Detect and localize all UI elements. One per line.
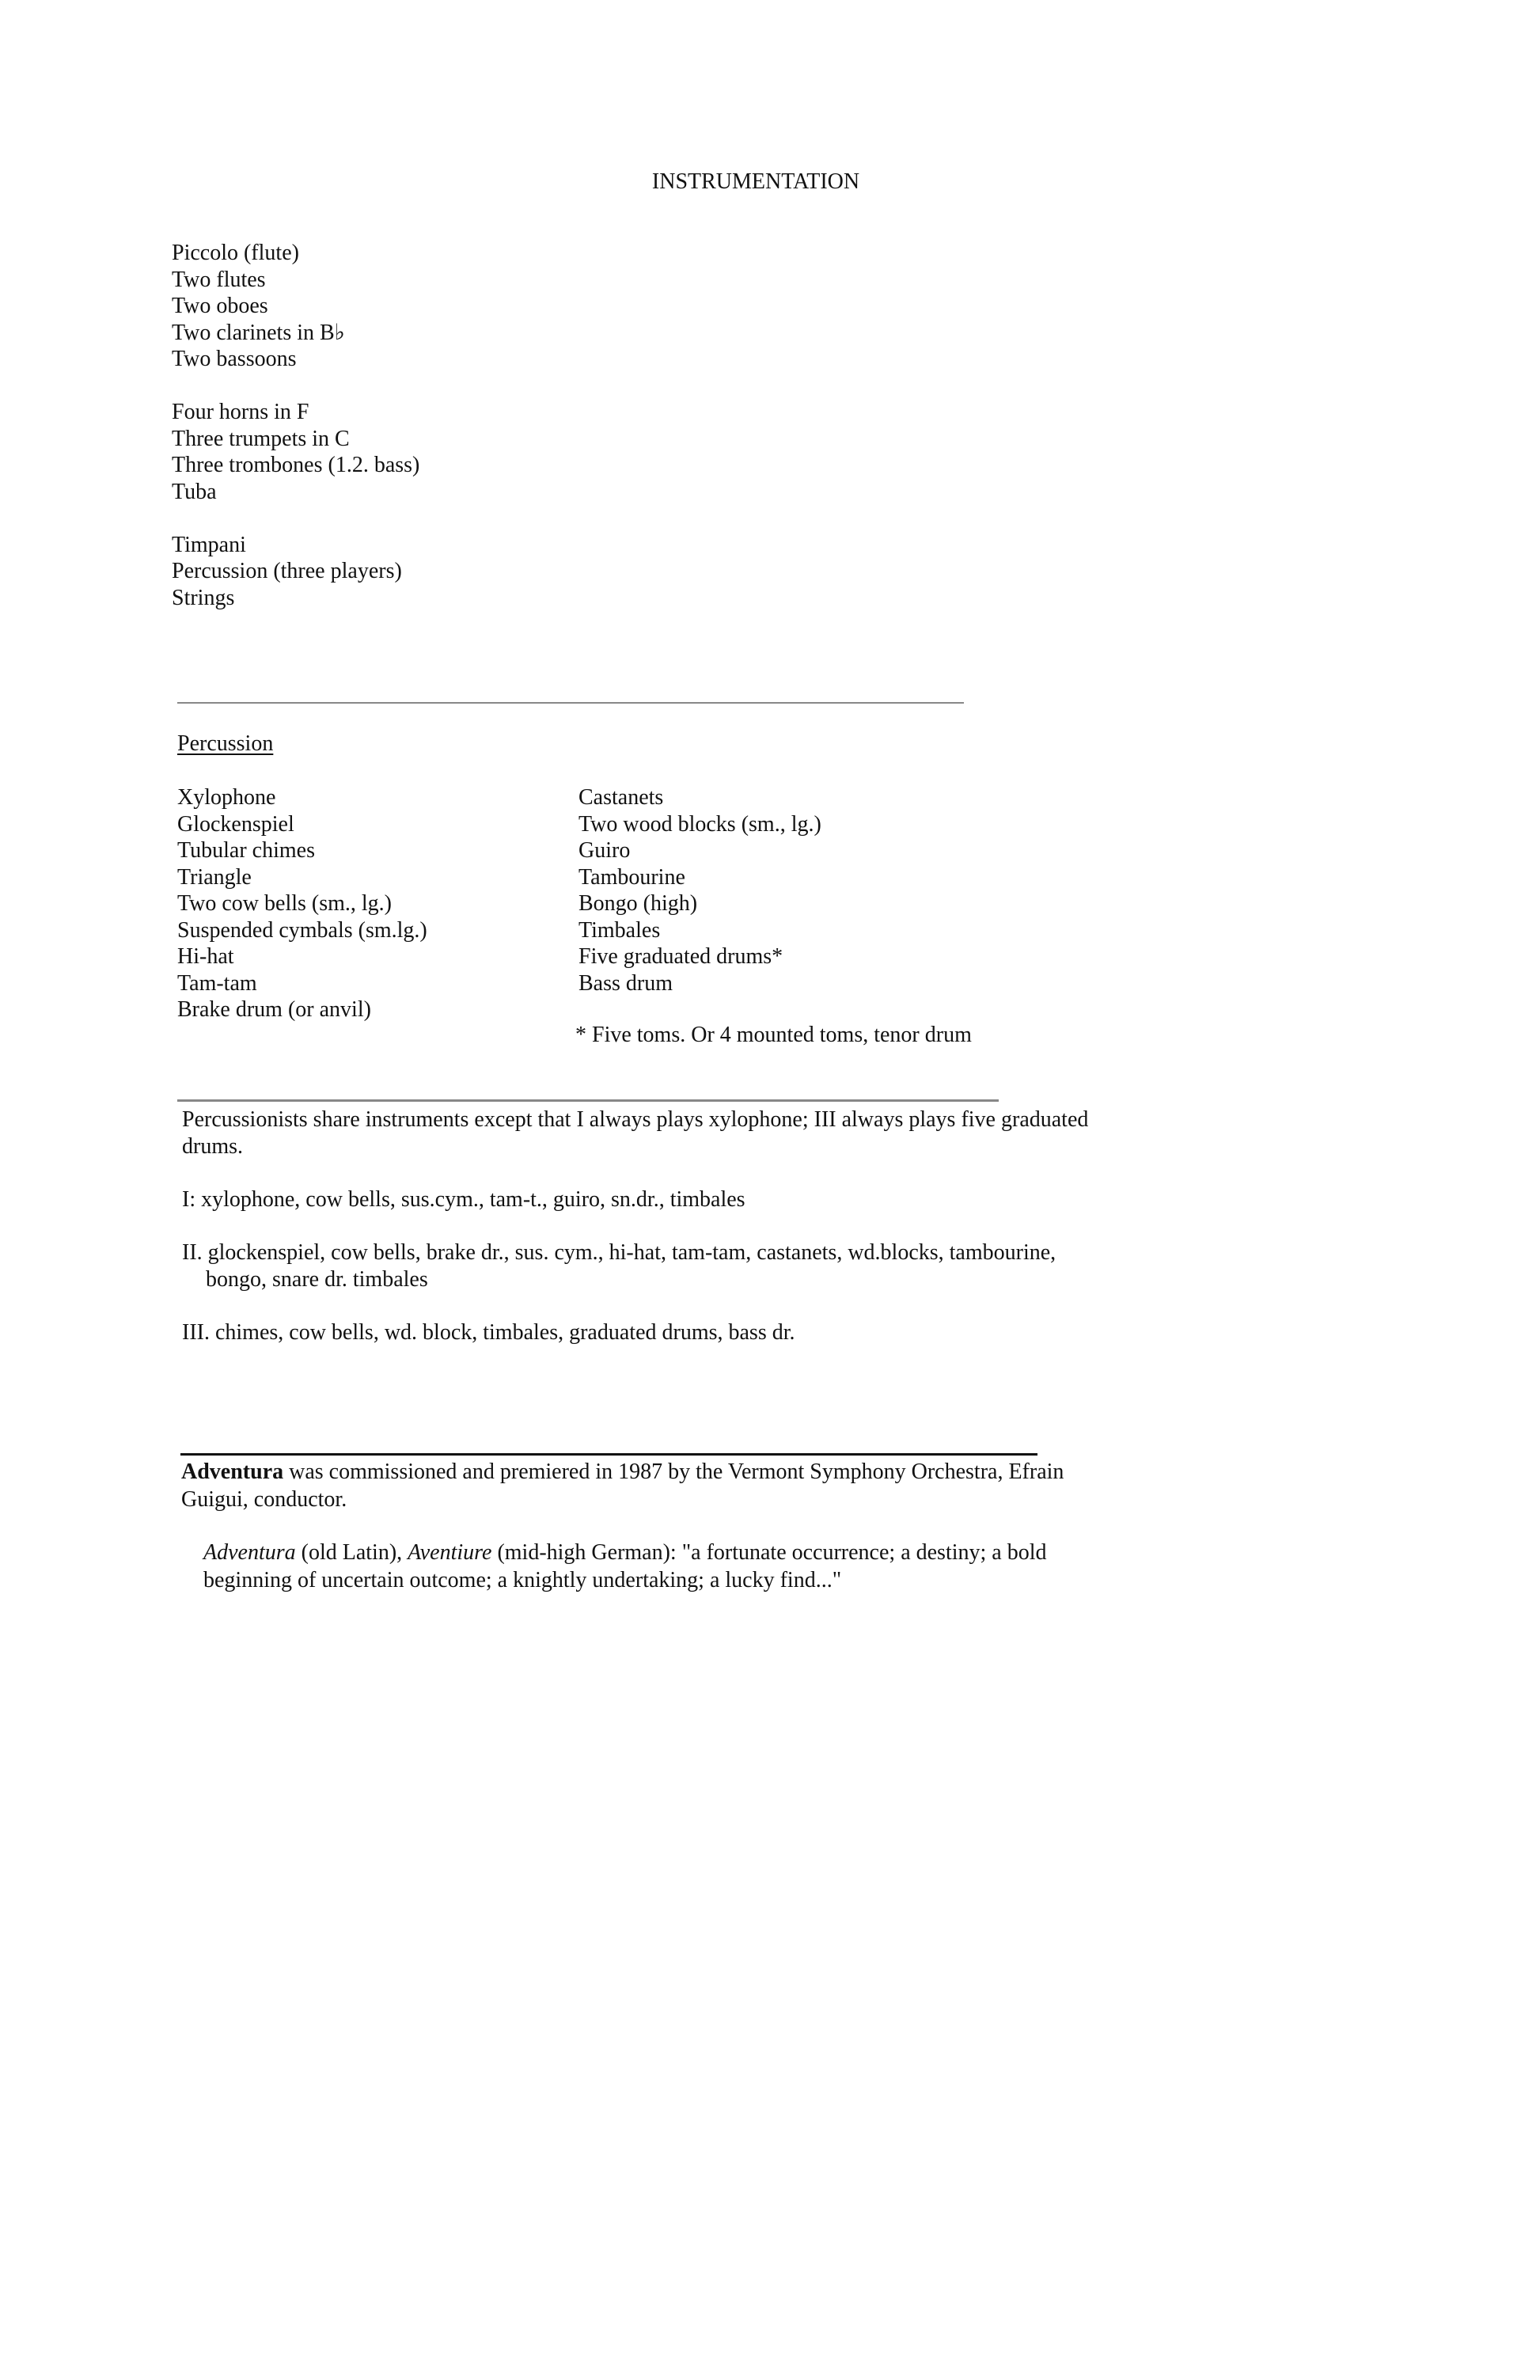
- instrument-item: Timpani: [172, 532, 419, 559]
- instrument-item: Percussion (three players): [172, 558, 419, 585]
- percussion-item: Two wood blocks (sm., lg.): [578, 811, 821, 838]
- spacer: [172, 373, 419, 400]
- percussion-item: Glockenspiel: [177, 811, 427, 838]
- percussion-item: Five graduated drums*: [578, 943, 821, 970]
- instrument-item: Four horns in F: [172, 399, 419, 426]
- player-2-assignment-line-1: II. glockenspiel, cow bells, brake dr., …: [182, 1239, 1116, 1266]
- percussion-item: Brake drum (or anvil): [177, 996, 427, 1023]
- percussion-item: Castanets: [578, 784, 821, 811]
- player-assignments: Percussionists share instruments except …: [182, 1106, 1116, 1346]
- term-latin: Adventura: [203, 1540, 296, 1565]
- percussion-column-2: CastanetsTwo wood blocks (sm., lg.)Guiro…: [578, 784, 821, 996]
- instrument-item: Two bassoons: [172, 346, 419, 373]
- percussion-heading: Percussion: [177, 731, 273, 757]
- percussion-column-1: XylophoneGlockenspielTubular chimesTrian…: [177, 784, 427, 1023]
- instrument-item: Two oboes: [172, 293, 419, 320]
- work-title: Adventura: [181, 1460, 283, 1484]
- percussion-footnote: * Five toms. Or 4 mounted toms, tenor dr…: [575, 1023, 972, 1048]
- spacer: [172, 505, 419, 532]
- divider: [177, 702, 964, 704]
- divider: [180, 1453, 1037, 1456]
- percussion-item: Two cow bells (sm., lg.): [177, 890, 427, 917]
- other-group: TimpaniPercussion (three players)Strings: [172, 532, 419, 612]
- instrument-item: Two flutes: [172, 267, 419, 294]
- percussion-item: Bongo (high): [578, 890, 821, 917]
- player-1-assignment: I: xylophone, cow bells, sus.cym., tam-t…: [182, 1186, 1116, 1213]
- latin-label: (old Latin),: [296, 1540, 408, 1565]
- instrument-item: Strings: [172, 585, 419, 612]
- orchestra-list: Piccolo (flute)Two flutesTwo oboesTwo cl…: [172, 240, 419, 611]
- instrument-item: Two clarinets in B♭: [172, 320, 419, 347]
- percussion-item: Tubular chimes: [177, 837, 427, 864]
- player-2-assignment-line-2: bongo, snare dr. timbales: [182, 1266, 1116, 1293]
- percussion-item: Xylophone: [177, 784, 427, 811]
- instrument-item: Tuba: [172, 479, 419, 506]
- premiere-text: was commissioned and premiered in 1987 b…: [181, 1460, 1064, 1512]
- premiere-note: Adventura was commissioned and premiered…: [181, 1458, 1075, 1513]
- divider: [177, 1099, 999, 1102]
- term-german: Aventiure: [408, 1540, 491, 1565]
- player-3-assignment: III. chimes, cow bells, wd. block, timba…: [182, 1319, 1116, 1346]
- percussion-item: Bass drum: [578, 970, 821, 997]
- percussion-item: Hi-hat: [177, 943, 427, 970]
- instrument-item: Piccolo (flute): [172, 240, 419, 267]
- percussion-item: Timbales: [578, 917, 821, 944]
- woodwinds-group: Piccolo (flute)Two flutesTwo oboesTwo cl…: [172, 240, 419, 373]
- percussion-item: Guiro: [578, 837, 821, 864]
- page-title: INSTRUMENTATION: [0, 169, 1512, 195]
- percussion-item: Tam-tam: [177, 970, 427, 997]
- etymology-note: Adventura (old Latin), Aventiure (mid-hi…: [203, 1539, 1090, 1594]
- percussion-item: Triangle: [177, 864, 427, 891]
- instrument-item: Three trumpets in C: [172, 426, 419, 453]
- percussion-item: Suspended cymbals (sm.lg.): [177, 917, 427, 944]
- percussion-item: Tambourine: [578, 864, 821, 891]
- brass-group: Four horns in FThree trumpets in CThree …: [172, 399, 419, 505]
- assignments-intro: Percussionists share instruments except …: [182, 1106, 1116, 1160]
- instrument-item: Three trombones (1.2. bass): [172, 452, 419, 479]
